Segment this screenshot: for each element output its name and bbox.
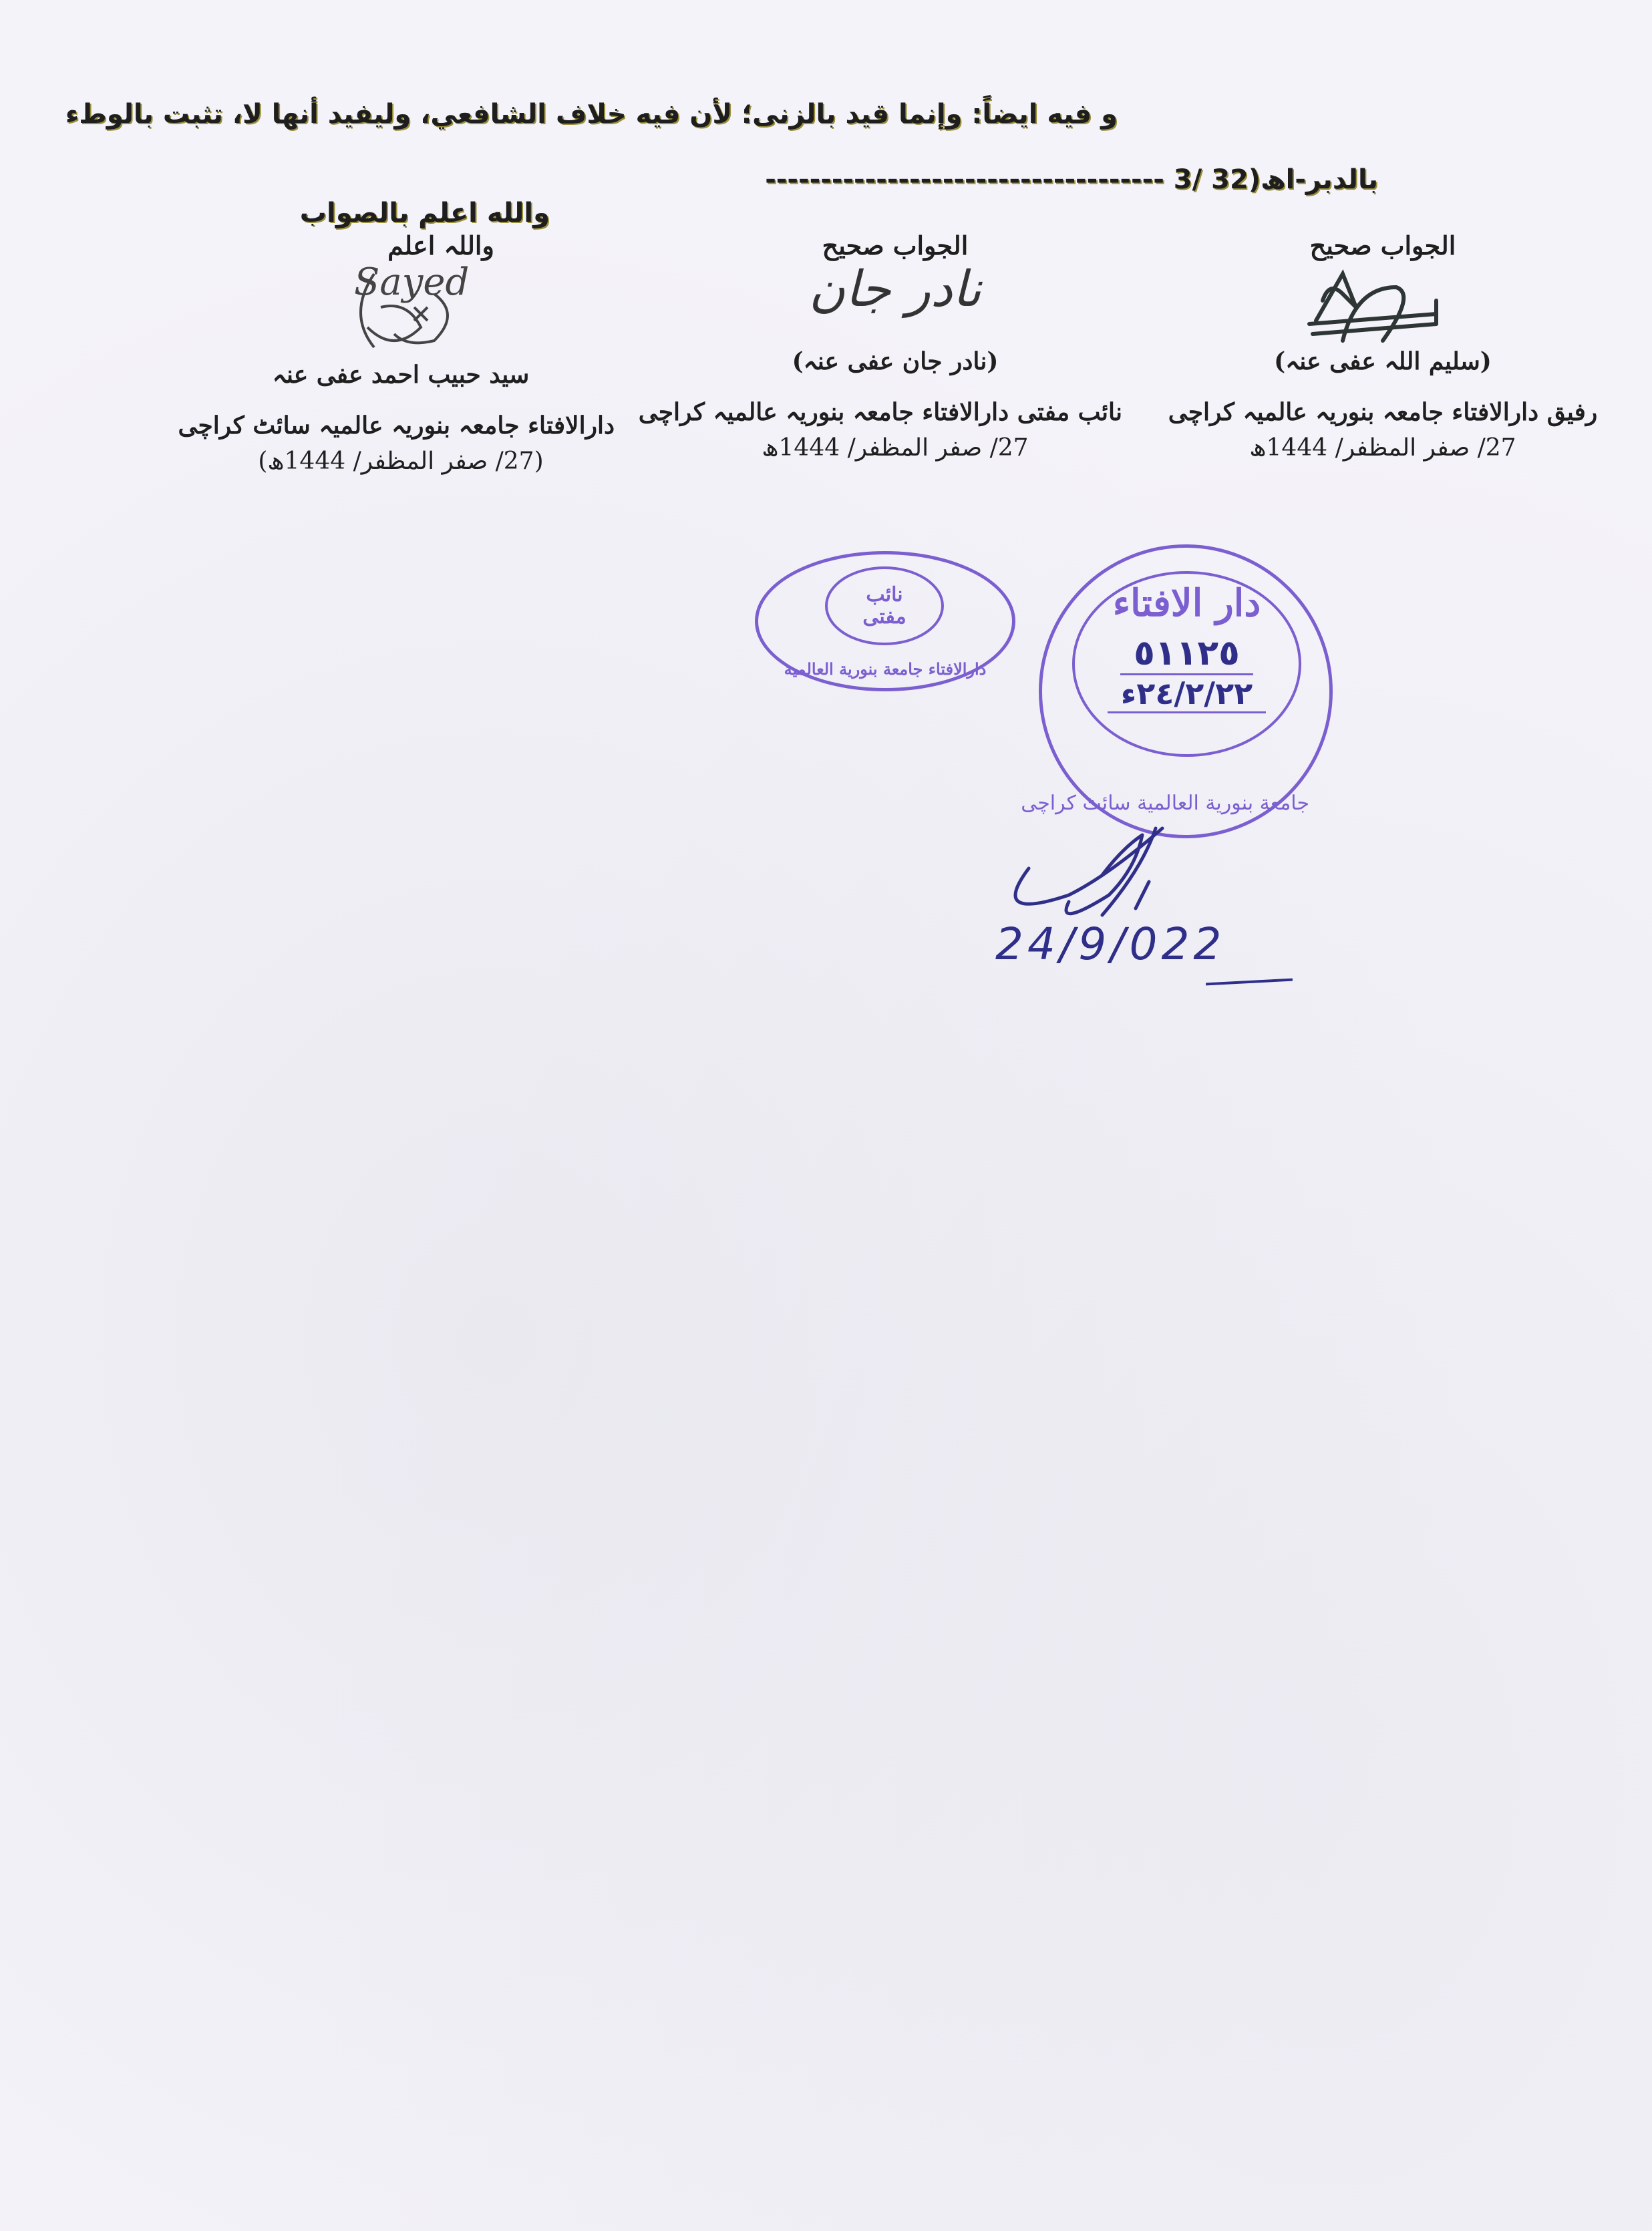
signatory-block-1: الجواب صحیح (سلیم اللہ عفی عنہ) رفیق دار… (1122, 230, 1643, 462)
signature-2: نادر جان (668, 261, 1122, 347)
signatory-1-role: رفیق دارالافتاء جامعہ بنوریہ عالمیہ کراچ… (1122, 398, 1643, 426)
signature-scribble-icon (334, 267, 468, 361)
pen-signature-icon (1002, 802, 1202, 935)
stamp-date: ٢٤/٢/٢٢ء (1108, 675, 1267, 713)
signatory-2-heading: الجواب صحیح (668, 230, 1122, 261)
stamp-inner-circle: دار الافتاء ٥١١٢٥ ٢٤/٢/٢٢ء (1072, 571, 1301, 757)
quote-line-2-text: بالدبر-اھ (1261, 164, 1378, 195)
signatory-1-name: (سلیم اللہ عفی عنہ) (1122, 347, 1643, 375)
stamp-inner-oval: نائب مفتی (825, 566, 944, 645)
stamp-line-1: نائب (866, 584, 902, 606)
signatory-block-2: الجواب صحیح نادر جان (نادر جان عفی عنہ) … (668, 230, 1122, 462)
signature-scribble-icon (1303, 261, 1450, 347)
quote-line-1: و فيه ايضاً: وإنما قيد بالزنى؛ لأن فيه خ… (65, 99, 1118, 130)
signatory-3-role: دارالافتاء جامعہ بنوریہ عالمیہ سائٹ کراچ… (187, 411, 615, 440)
naib-mufti-stamp: نائب مفتی دارالافتاء جامعة بنورية العالم… (755, 551, 1015, 691)
date-underline (1206, 979, 1293, 986)
document-page: و فيه ايضاً: وإنما قيد بالزنى؛ لأن فيه خ… (0, 0, 1652, 2231)
stamp-line-2: مفتی (862, 606, 906, 628)
dar-ul-ifta-stamp: دار الافتاء ٥١١٢٥ ٢٤/٢/٢٢ء جامعة بنورية … (1039, 544, 1333, 838)
signature-3: Sayed (187, 261, 615, 361)
signatory-2-name: (نادر جان عفی عنہ) (668, 347, 1122, 375)
signatory-block-3: واللہ اعلم Sayed سید حبیب احمد عفی عنہ د… (187, 230, 615, 475)
signature-1 (1122, 261, 1643, 347)
signatory-3-heading: واللہ اعلم (267, 230, 615, 261)
stamp-title: دار الافتاء (1113, 581, 1261, 625)
signatory-1-heading: الجواب صحیح (1122, 230, 1643, 261)
signatory-2-date: 27/ صفر المظفر/ 1444ھ (668, 434, 1122, 462)
signatory-2-role: نائب مفتی دارالافتاء جامعہ بنوریہ عالمیہ… (668, 398, 1122, 426)
dashes: ------------------------------------ (765, 164, 1164, 195)
stamp-ring-text: دارالافتاء جامعة بنورية العالمية (772, 659, 999, 679)
signatory-3-date: (27/ صفر المظفر/ 1444ھ) (187, 448, 615, 475)
signatory-3-name: سید حبیب احمد عفی عنہ (187, 361, 615, 389)
quote-line-2: بالدبر-اھ3/ 32) ------------------------… (765, 164, 1378, 195)
quote-reference: 3/ 32) (1174, 164, 1261, 195)
closing-phrase: والله اعلم بالصواب (300, 198, 550, 228)
signatory-1-date: 27/ صفر المظفر/ 1444ھ (1122, 434, 1643, 462)
stamp-serial-number: ٥١١٢٥ (1120, 633, 1253, 675)
handwritten-date: 24/9/022 (995, 918, 1225, 970)
